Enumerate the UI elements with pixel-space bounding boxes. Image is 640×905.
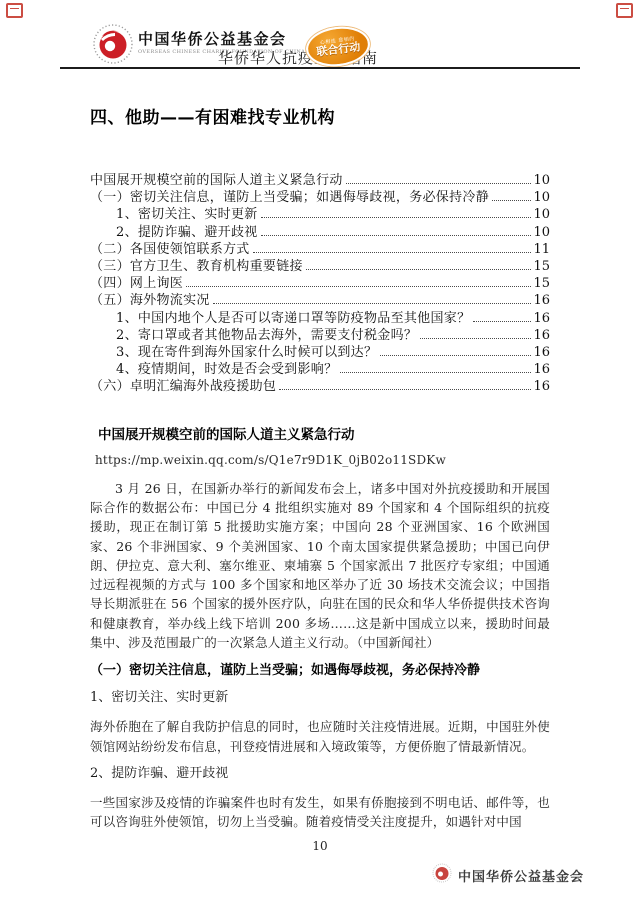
minor-heading: 1、密切关注、实时更新 xyxy=(90,690,550,706)
toc-item-label: 1、中国内地个人是否可以寄递口罩等防疫物品至其他国家？ xyxy=(116,310,470,327)
toc-page-number: 10 xyxy=(533,172,550,189)
toc-item[interactable]: （一）密切关注信息，谨防上当受骗；如遇侮辱歧视，务必保持冷静10 xyxy=(90,189,550,206)
toc-item-label: （二）各国使领馆联系方式 xyxy=(90,241,250,258)
toc-item-label: （五）海外物流实况 xyxy=(90,292,210,309)
article-link[interactable]: https://mp.weixin.qq.com/s/Q1e7r9D1K_0jB… xyxy=(95,453,550,468)
toc-item[interactable]: 1、密切关注、实时更新10 xyxy=(90,206,550,223)
toc-item[interactable]: （二）各国使领馆联系方式11 xyxy=(90,241,550,258)
toc-item-label: 2、寄口罩或者其他物品去海外，需要支付税金吗？ xyxy=(116,327,417,344)
toc-item[interactable]: （四）网上询医15 xyxy=(90,275,550,292)
toc-page-number: 16 xyxy=(533,361,550,378)
section-title: 中国展开规模空前的国际人道主义紧急行动 xyxy=(98,426,550,444)
toc-page-number: 16 xyxy=(533,344,550,361)
org-name: 中国华侨公益基金会 xyxy=(138,32,305,48)
minor-heading: 2、提防诈骗、避开歧视 xyxy=(90,766,550,782)
document-page: 中国华侨公益基金会 OVERSEAS CHINESE CHARITY FOUND… xyxy=(0,0,640,905)
toc-item[interactable]: （三）官方卫生、教育机构重要链接15 xyxy=(90,258,550,275)
toc-page-number: 15 xyxy=(533,275,550,292)
toc-item-label: （三）官方卫生、教育机构重要链接 xyxy=(90,258,303,275)
toc-item[interactable]: （六）卓明汇编海外战疫援助包16 xyxy=(90,378,550,395)
toc-dot-leader xyxy=(346,183,532,184)
toc-page-number: 15 xyxy=(533,258,550,275)
toc-dot-leader xyxy=(420,338,531,339)
account-footer: 中国华侨公益基金会 xyxy=(432,863,584,887)
toc-item-label: （六）卓明汇编海外战疫援助包 xyxy=(90,378,276,395)
toc-dot-leader xyxy=(306,269,532,270)
toc-dot-leader xyxy=(186,286,531,287)
toc-page-number: 10 xyxy=(533,206,550,223)
toc-dot-leader xyxy=(473,321,531,322)
toc-item-label: 3、现在寄件到海外国家什么时候可以到达？ xyxy=(116,344,377,361)
toc-item[interactable]: 4、疫情期间，时效是否会受到影响？16 xyxy=(90,361,550,378)
foundation-logo-small-icon xyxy=(432,863,452,887)
paragraph: 3 月 26 日，在国新办举行的新闻发布会上，诸多中国对外抗疫援助和开展国际合作… xyxy=(90,479,550,653)
toc-dot-leader xyxy=(380,355,531,356)
toc-page-number: 10 xyxy=(533,224,550,241)
toc-item-label: （四）网上询医 xyxy=(90,275,183,292)
paragraph: 一些国家涉及疫情的诈骗案件也时有发生，如果有侨胞接到不明电话、邮件等，也可以咨询… xyxy=(90,793,550,832)
toc-dot-leader xyxy=(492,200,531,201)
toc-item[interactable]: （五）海外物流实况16 xyxy=(90,292,550,309)
account-name: 中国华侨公益基金会 xyxy=(458,866,584,885)
toc-item-label: 4、疫情期间，时效是否会受到影响？ xyxy=(116,361,337,378)
toc-item[interactable]: 中国展开规模空前的国际人道主义紧急行动10 xyxy=(90,172,550,189)
toc-item[interactable]: 2、寄口罩或者其他物品去海外，需要支付税金吗？16 xyxy=(90,327,550,344)
page-number: 10 xyxy=(0,839,640,853)
toc-page-number: 16 xyxy=(533,310,550,327)
toc-dot-leader xyxy=(213,303,532,304)
toc-page-number: 10 xyxy=(533,189,550,206)
toc-item-label: （一）密切关注信息，谨防上当受骗；如遇侮辱歧视，务必保持冷静 xyxy=(90,189,489,206)
toc-dot-leader xyxy=(279,389,531,390)
toc-dot-leader xyxy=(340,372,531,373)
toc-item[interactable]: 3、现在寄件到海外国家什么时候可以到达？16 xyxy=(90,344,550,361)
toc-page-number: 16 xyxy=(533,327,550,344)
paragraph: 海外侨胞在了解自我防护信息的同时，也应随时关注疫情进展。近期，中国驻外使领馆网站… xyxy=(90,717,550,756)
toc-item-label: 1、密切关注、实时更新 xyxy=(116,206,258,223)
toc-dot-leader xyxy=(253,252,532,253)
table-of-contents: 中国展开规模空前的国际人道主义紧急行动10（一）密切关注信息，谨防上当受骗；如遇… xyxy=(90,172,550,396)
toc-page-number: 11 xyxy=(533,241,550,258)
header-divider xyxy=(60,67,580,69)
subsection-heading: （一）密切关注信息，谨防上当受骗；如遇侮辱歧视，务必保持冷静 xyxy=(90,661,550,680)
page-title: 四、他助——有困难找专业机构 xyxy=(90,103,640,128)
toc-item[interactable]: 2、提防诈骗、避开歧视10 xyxy=(90,224,550,241)
toc-item[interactable]: 1、中国内地个人是否可以寄递口罩等防疫物品至其他国家？16 xyxy=(90,310,550,327)
foundation-logo-icon xyxy=(93,24,133,68)
toc-dot-leader xyxy=(261,235,532,236)
toc-item-label: 2、提防诈骗、避开歧视 xyxy=(116,224,258,241)
toc-item-label: 中国展开规模空前的国际人道主义紧急行动 xyxy=(90,172,343,189)
toc-page-number: 16 xyxy=(533,292,550,309)
article-body: 中国展开规模空前的国际人道主义紧急行动 https://mp.weixin.qq… xyxy=(90,426,550,832)
toc-page-number: 16 xyxy=(533,378,550,395)
toc-dot-leader xyxy=(261,217,532,218)
page-header: 中国华侨公益基金会 OVERSEAS CHINESE CHARITY FOUND… xyxy=(0,0,640,84)
